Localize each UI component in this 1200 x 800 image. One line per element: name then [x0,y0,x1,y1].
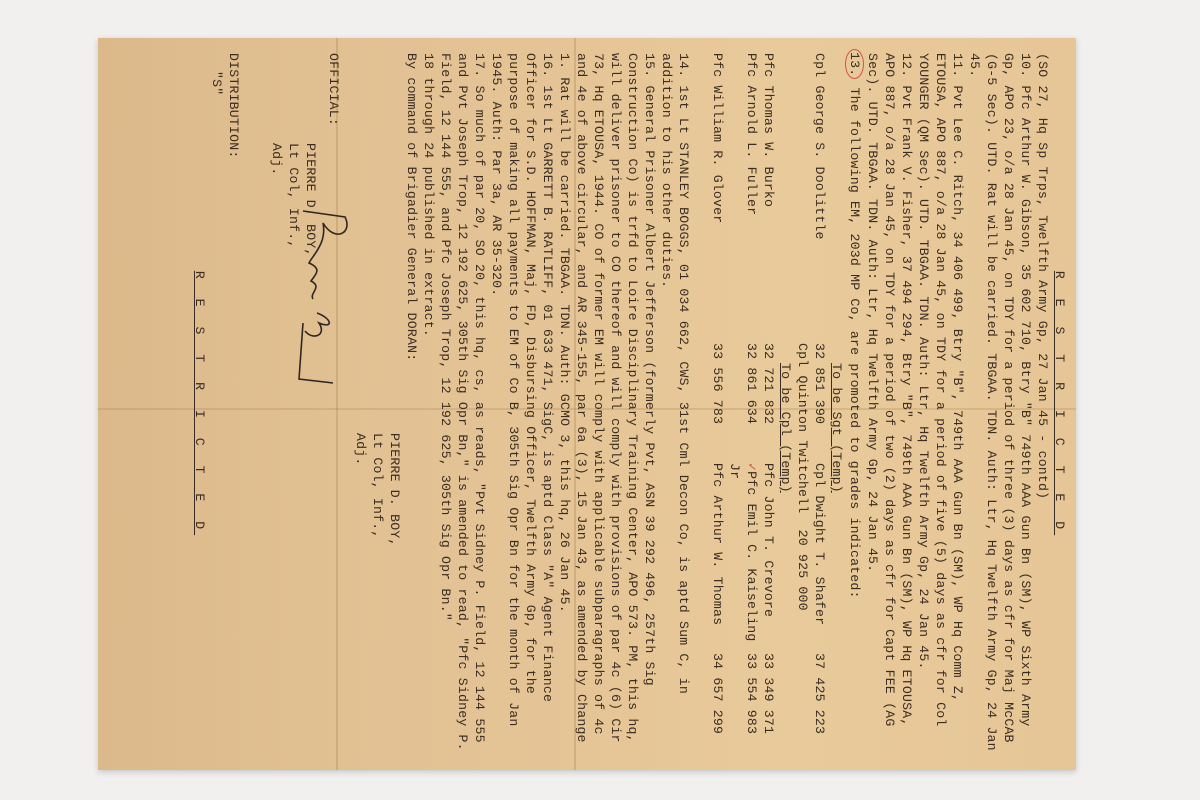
soldier-name: Pfc Arthur W. Thomas [709,463,726,653]
promotion-row: Pfc Arnold L. Fuller 32 861 634 ✓Pfc Emi… [726,53,760,753]
serial-number: 34 657 299 [709,653,726,734]
paragraph-number: 10. [1018,53,1033,77]
continuation-line: (SO 27, Hq Sp Trps, Twelfth Army Gp, 27 … [1034,53,1051,753]
paragraph-10: 10. Pfc Arthur W. Gibson, 35 602 710, Bt… [966,53,1034,753]
paragraph-text: Pvt Frank V. Fisher, 37 494 294, Btry "B… [865,53,914,735]
soldier-name: ✓Pfc Emil C. Kaiseling Jr [726,463,760,653]
red-check-mark: ✓ [744,463,759,471]
serial-number: 33 349 371 [760,653,777,734]
soldier-name: Cpl Dwight T. Shafer [811,463,828,653]
promotion-row: Cpl Quinton Twitchell 20 925 000 [794,53,811,753]
paragraph-16: 16. 1st Lt GARRETT B. RATLIFF, 01 633 47… [488,53,556,753]
red-circle-mark: 13. [845,49,864,79]
serial-number: 32 861 634 [726,343,760,463]
paragraph-text: 1st Lt STANLEY BOGGS, 01 034 662, CWS, 3… [659,53,691,702]
restricted-header: R E S T R I C T E D [1051,53,1068,753]
promotion-row: Cpl George S. Doolittle 32 851 390 Cpl D… [811,53,828,753]
paragraph-number: 14. [676,53,691,77]
paragraph-number: 17. [472,53,487,77]
serial-number: 20 925 000 [794,530,811,611]
paragraph-13: 13. The following EM, 203d MP Co, are pr… [709,53,864,753]
soldier-name: Pfc Arnold L. Fuller [726,53,760,343]
paragraph-17: 17. So much of par 20, SO 20, this hq, c… [437,53,488,753]
paragraph-text: The following EM, 203d MP Co, are promot… [847,87,862,598]
serial-number: 32 851 390 [811,343,828,463]
signer-rank: Lt Col, Inf., [369,433,386,753]
paragraph-text: So much of par 20, SO 20, this hq, cs, a… [438,53,487,759]
signature-block: PIERRE D. BOY, Lt Col, Inf., Adj. [352,433,403,753]
signer-title: Adj. [268,143,285,753]
paragraph-text: Pvt Lee C. Ritch, 34 406 499, Btry "B", … [916,53,965,735]
paragraph-text: General Prisoner Albert Jefferson (forme… [557,53,657,751]
handwritten-signature [293,203,353,393]
serial-number: 32 721 832 [760,343,777,463]
distribution-value: "S" [208,71,225,753]
document-sheet: R E S T R I C T E D (SO 27, Hq Sp Trps, … [98,38,1076,770]
official-label: OFFICIAL: [325,53,342,753]
serial-number: 37 425 223 [811,653,828,734]
paragraph-11: 11. Pvt Lee C. Ritch, 34 406 499, Btry "… [915,53,966,753]
serial-number: 33 554 983 [726,653,760,734]
serial-number: 33 556 783 [709,343,726,463]
signer-name: PIERRE D. BOY, [386,433,403,753]
typed-page: R E S T R I C T E D (SO 27, Hq Sp Trps, … [108,53,1068,753]
signer-title: Adj. [352,433,369,753]
extract-note: 18 through 24 published in extract. [420,53,437,753]
by-command-line: By command of Brigadier General DORAN: [403,53,420,753]
paragraph-number: 16. [540,53,555,77]
paragraph-text: 1st Lt GARRETT B. RATLIFF, 01 633 471, S… [489,53,555,735]
cpl-heading: To be Cpl (Temp) [777,363,794,753]
paragraph-15: 15. General Prisoner Albert Jefferson (f… [556,53,658,753]
soldier-name: Cpl George S. Doolittle [811,53,828,343]
paragraph-text: Pfc Arthur W. Gibson, 35 602 710, Btry "… [967,53,1033,759]
paragraph-14: 14. 1st Lt STANLEY BOGGS, 01 034 662, CW… [658,53,692,753]
promotion-row: Pfc William R. Glover 33 556 783 Pfc Art… [709,53,726,753]
paragraph-number: 11. [950,53,965,77]
soldier-name: Pfc John T. Crevore [760,463,777,653]
distribution-block: DISTRIBUTION: "S" [208,53,242,753]
sgt-heading: To be Sgt (Temp) [828,363,845,753]
restricted-footer: R E S T R I C T E D [191,53,208,753]
soldier-name: Pfc Thomas W. Burko [760,53,777,343]
paragraph-12: 12. Pvt Frank V. Fisher, 37 494 294, Btr… [864,53,915,753]
paragraph-number: 12. [899,53,914,77]
promotion-row: Pfc Thomas W. Burko 32 721 832 Pfc John … [760,53,777,753]
distribution-label: DISTRIBUTION: [225,53,242,753]
paragraph-number: 15. [642,53,657,77]
soldier-name: Pfc William R. Glover [709,53,726,343]
official-signature-block: PIERRE D. BOY, Lt Col, Inf., Adj. [268,143,319,753]
soldier-name: Cpl Quinton Twitchell [794,343,811,513]
